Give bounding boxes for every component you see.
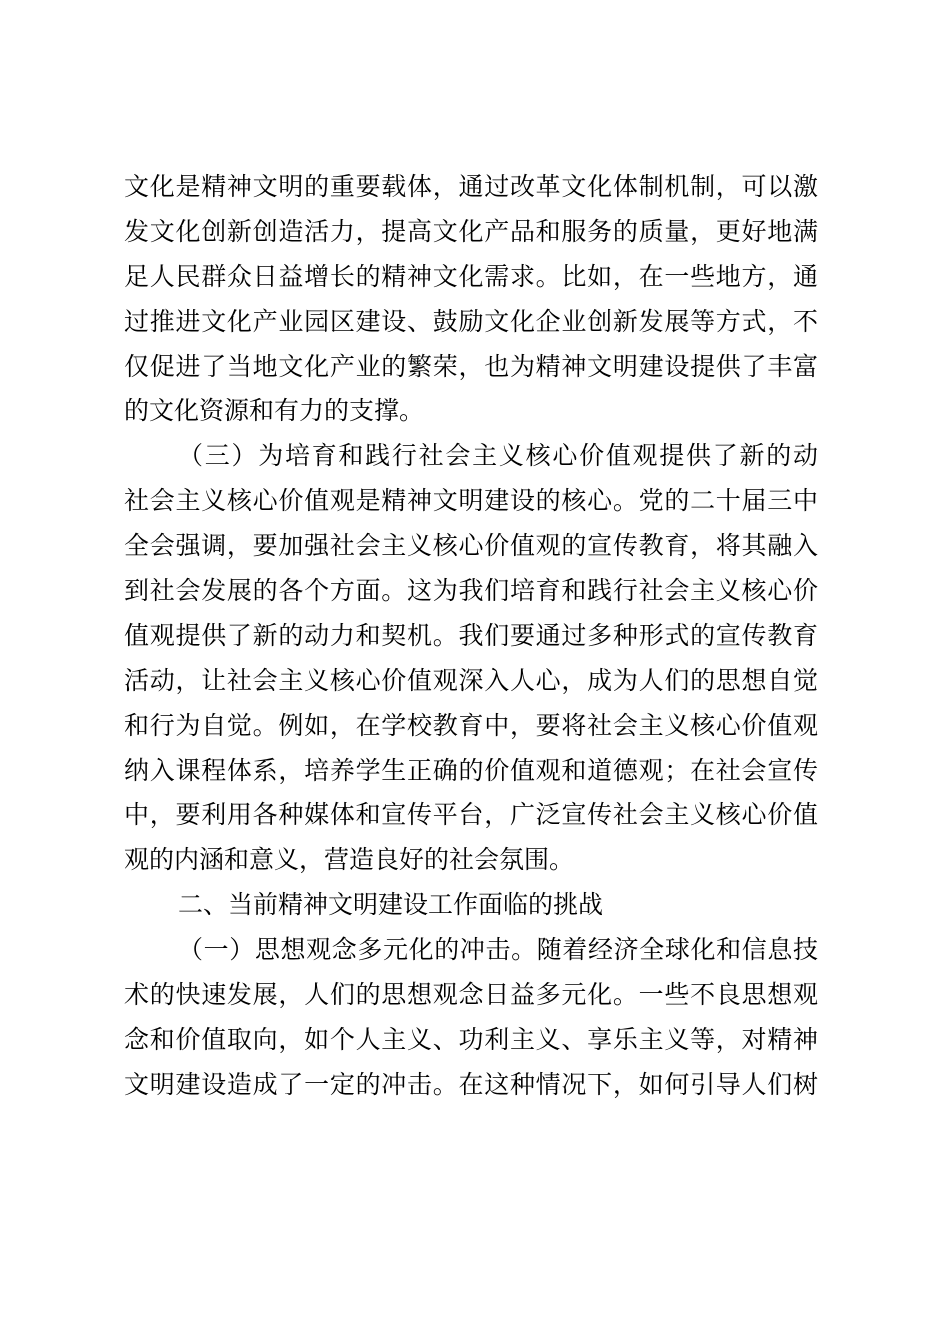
text-line: 二、当前精神文明建设工作面临的挑战: [124, 883, 818, 928]
text-line: 仅促进了当地文化产业的繁荣，也为精神文明建设提供了丰富: [124, 345, 818, 390]
text-line: 文化是精神文明的重要载体，通过改革文化体制机制，可以激: [124, 165, 818, 210]
text-line: 的文化资源和有力的支撑。: [124, 389, 818, 434]
text-line: 念和价值取向，如个人主义、功利主义、享乐主义等，对精神: [124, 1018, 818, 1063]
text-line: 术的快速发展，人们的思想观念日益多元化。一些不良思想观: [124, 973, 818, 1018]
text-line: 值观提供了新的动力和契机。我们要通过多种形式的宣传教育: [124, 614, 818, 659]
text-line: 纳入课程体系，培养学生正确的价值观和道德观；在社会宣传: [124, 749, 818, 794]
text-line: 和行为自觉。例如，在学校教育中，要将社会主义核心价值观: [124, 704, 818, 749]
text-line: 足人民群众日益增长的精神文化需求。比如，在一些地方，通: [124, 255, 818, 300]
text-line: 活动，让社会主义核心价值观深入人心，成为人们的思想自觉: [124, 659, 818, 704]
text-line: 全会强调，要加强社会主义核心价值观的宣传教育，将其融入: [124, 524, 818, 569]
para-culture-carrier-continuation: 文化是精神文明的重要载体，通过改革文化体制机制，可以激发文化创新创造活力，提高文…: [124, 165, 818, 434]
text-line: 观的内涵和意义，营造良好的社会氛围。: [124, 838, 818, 883]
text-line: （三）为培育和践行社会主义核心价值观提供了新的动力。: [124, 434, 818, 479]
para-core-values-new-impetus: （三）为培育和践行社会主义核心价值观提供了新的动力。社会主义核心价值观是精神文明…: [124, 434, 818, 883]
document-page: 文化是精神文明的重要载体，通过改革文化体制机制，可以激发文化创新创造活力，提高文…: [0, 0, 950, 1344]
text-line: 发文化创新创造活力，提高文化产品和服务的质量，更好地满: [124, 210, 818, 255]
text-line: （一）思想观念多元化的冲击。随着经济全球化和信息技: [124, 928, 818, 973]
para-diverse-ideologies-impact: （一）思想观念多元化的冲击。随着经济全球化和信息技术的快速发展，人们的思想观念日…: [124, 928, 818, 1108]
text-line: 中，要利用各种媒体和宣传平台，广泛宣传社会主义核心价值: [124, 793, 818, 838]
text-line: 文明建设造成了一定的冲击。在这种情况下，如何引导人们树: [124, 1063, 818, 1108]
text-line: 到社会发展的各个方面。这为我们培育和践行社会主义核心价: [124, 569, 818, 614]
text-line: 过推进文化产业园区建设、鼓励文化企业创新发展等方式，不: [124, 300, 818, 345]
heading-section-two-challenges: 二、当前精神文明建设工作面临的挑战: [124, 883, 818, 928]
document-content: 文化是精神文明的重要载体，通过改革文化体制机制，可以激发文化创新创造活力，提高文…: [124, 165, 818, 1108]
text-line: 社会主义核心价值观是精神文明建设的核心。党的二十届三中: [124, 479, 818, 524]
